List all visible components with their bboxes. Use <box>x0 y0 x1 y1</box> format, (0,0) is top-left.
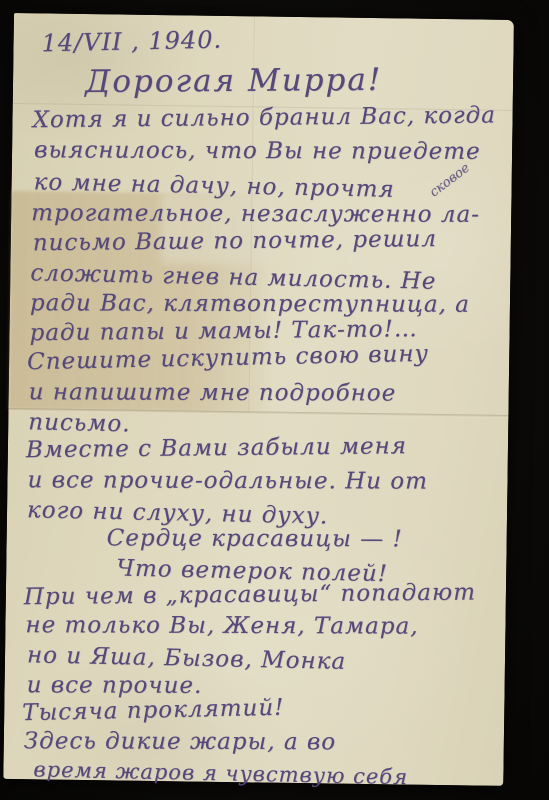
letter-line: Сердце красавицы — ! <box>107 525 403 552</box>
letter-line: но и Яша, Бызов, Монка <box>27 642 347 675</box>
letter-line: ради Вас, клятвопреступница, а <box>30 290 470 318</box>
letter-line: выяснилось, что Вы не приедете <box>34 137 481 165</box>
margin-insertion: сковое <box>427 161 473 201</box>
letter-date: 14/VII , 1940. <box>41 26 222 58</box>
letter-line: и все прочие-одальные. Ни от <box>27 467 428 494</box>
letter-line: Хотя я и сильно бранил Вас, когда <box>32 102 496 133</box>
letter-line: трогательное, незаслуженно ла- <box>31 200 480 228</box>
letter-line: и напишите мне подробное <box>29 379 397 406</box>
letter-line: Вместе с Вами забыли меня <box>26 433 407 463</box>
letter-line: письмо. <box>28 409 131 437</box>
letter-line: не только Вы, Женя, Тамара, <box>25 612 418 639</box>
letter-paper: 14/VII , 1940. Дорогая Мирра! Хотя я и с… <box>3 13 514 786</box>
letter-photograph: 14/VII , 1940. Дорогая Мирра! Хотя я и с… <box>0 0 549 800</box>
letter-line: При чем в „красавицы“ попадают <box>24 579 476 610</box>
letter-line: письмо Ваше по почте, решил <box>33 226 437 256</box>
letter-salutation: Дорогая Мирра! <box>85 62 382 100</box>
letter-line: Здесь дикие жары, а во <box>24 728 336 755</box>
letter-line: и все прочие. <box>27 672 203 699</box>
letter-line: время жаров я чувствую себя <box>33 757 408 789</box>
letter-line: Тысяча проклятий! <box>22 695 285 726</box>
